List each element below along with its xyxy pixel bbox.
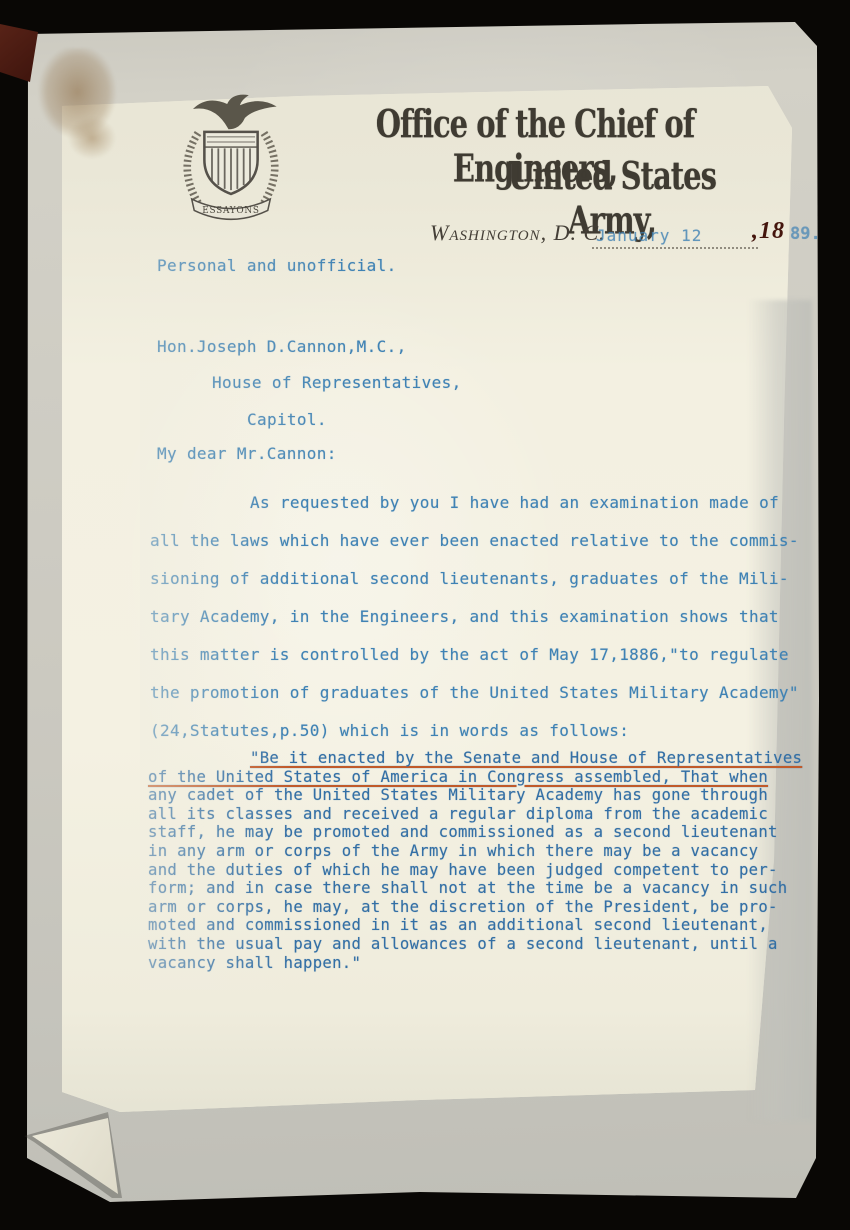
eagle-icon bbox=[193, 95, 277, 130]
body-line: tary Academy, in the Engineers, and this… bbox=[150, 598, 810, 636]
engineers-crest: ESSAYONS bbox=[166, 90, 296, 232]
notation-line: Personal and unofficial. bbox=[157, 256, 397, 275]
statute-quote-paragraph: "Be it enacted by the Senate and House o… bbox=[148, 749, 823, 972]
quote-line: moted and commissioned in it as an addit… bbox=[148, 916, 823, 935]
body-line: all the laws which have ever been enacte… bbox=[150, 522, 810, 560]
recipient-address-line: House of Representatives, bbox=[212, 373, 462, 392]
quote-line-underlined: of the United States of America in Congr… bbox=[148, 768, 823, 787]
crest-motto-text: ESSAYONS bbox=[202, 206, 260, 216]
recipient-city-line: Capitol. bbox=[247, 410, 327, 429]
quote-line: arm or corps, he may, at the discretion … bbox=[148, 898, 823, 917]
quote-line: form; and in case there shall not at the… bbox=[148, 879, 823, 898]
typed-year-suffix: 89. bbox=[790, 224, 821, 244]
photo-of-letter: ESSAYONS Office of the Chief of Engineer… bbox=[0, 0, 850, 1230]
typed-date: January 12 bbox=[596, 226, 702, 245]
quote-line: staff, he may be promoted and commission… bbox=[148, 823, 823, 842]
printed-year-prefix: ,18 bbox=[752, 218, 785, 245]
shield-icon bbox=[204, 132, 257, 194]
quote-line: all its classes and received a regular d… bbox=[148, 805, 823, 824]
letterhead-place: Washington, D. C. bbox=[430, 220, 606, 246]
quote-line-underlined: "Be it enacted by the Senate and House o… bbox=[148, 749, 823, 768]
quote-line: vacancy shall happen." bbox=[148, 954, 823, 973]
body-line: the promotion of graduates of the United… bbox=[150, 674, 810, 712]
body-line: this matter is controlled by the act of … bbox=[150, 636, 810, 674]
quote-line: and the duties of which he may have been… bbox=[148, 861, 823, 880]
quote-line: any cadet of the United States Military … bbox=[148, 786, 823, 805]
body-line: As requested by you I have had an examin… bbox=[150, 484, 810, 522]
motto-banner: ESSAYONS bbox=[192, 199, 271, 219]
quote-line: with the usual pay and allowances of a s… bbox=[148, 935, 823, 954]
body-line: sioning of additional second lieutenants… bbox=[150, 560, 810, 598]
body-line: (24,Statutes,p.50) which is in words as … bbox=[150, 712, 810, 750]
salutation-line: My dear Mr.Cannon: bbox=[157, 444, 337, 463]
recipient-name-line: Hon.Joseph D.Cannon,M.C., bbox=[157, 337, 407, 356]
body-paragraph: As requested by you I have had an examin… bbox=[150, 484, 810, 750]
quote-line: in any arm or corps of the Army in which… bbox=[148, 842, 823, 861]
